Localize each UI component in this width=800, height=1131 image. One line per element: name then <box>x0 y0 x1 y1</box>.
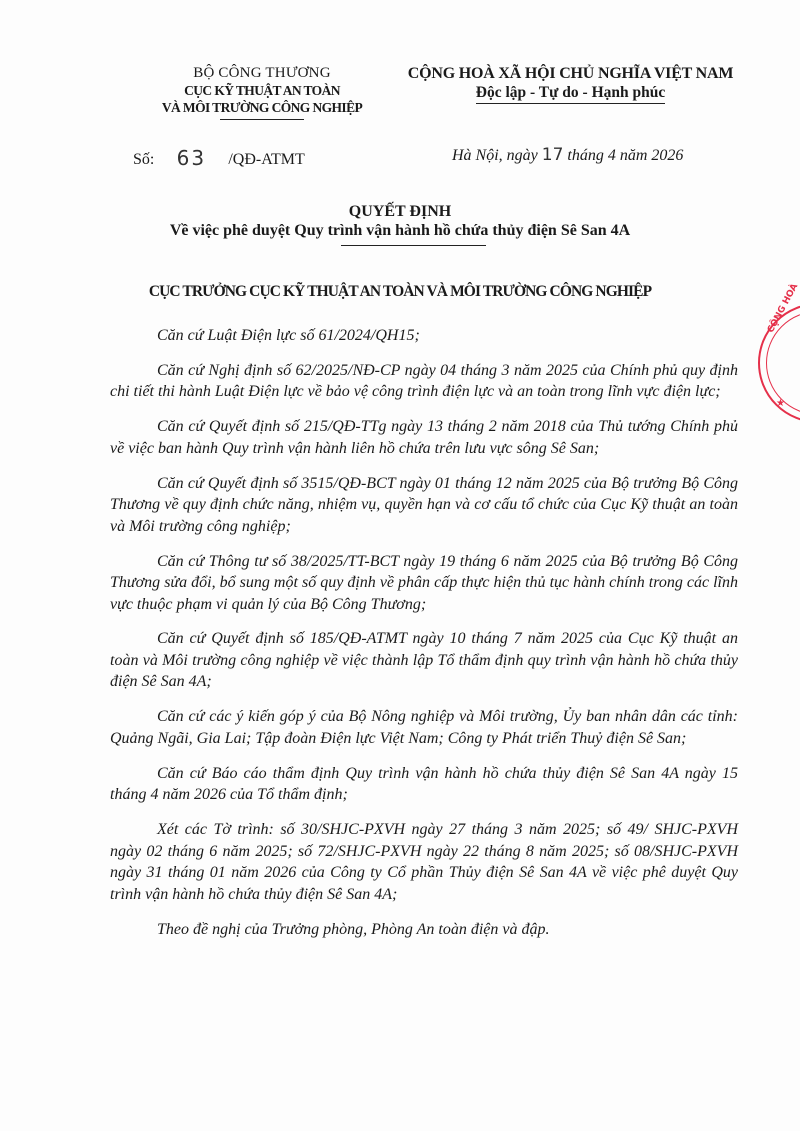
department-name-line2: VÀ MÔI TRƯỜNG CÔNG NGHIỆP <box>112 99 412 116</box>
legal-basis-paragraph: Căn cứ Luật Điện lực số 61/2024/QH15; <box>110 325 738 347</box>
national-motto: Độc lập - Tự do - Hạnh phúc <box>476 83 665 104</box>
issuing-agency-header: BỘ CÔNG THƯƠNG CỤC KỸ THUẬT AN TOÀN VÀ M… <box>112 64 412 120</box>
legal-basis-paragraph: Theo đề nghị của Trưởng phòng, Phòng An … <box>110 919 738 941</box>
date-prefix: Hà Nội, ngày <box>452 147 542 164</box>
document-number-suffix: /QĐ-ATMT <box>228 151 304 169</box>
legal-basis-paragraph: Căn cứ Thông tư số 38/2025/TT-BCT ngày 1… <box>110 551 738 616</box>
legal-basis-section: Căn cứ Luật Điện lực số 61/2024/QH15; Că… <box>110 325 738 953</box>
subtitle-divider <box>341 245 486 246</box>
document-page: BỘ CÔNG THƯƠNG CỤC KỸ THUẬT AN TOÀN VÀ M… <box>0 0 800 1131</box>
issue-date: Hà Nội, ngày 17 tháng 4 năm 2026 <box>452 145 683 165</box>
department-name-line1: CỤC KỸ THUẬT AN TOÀN <box>112 82 412 99</box>
legal-basis-paragraph: Căn cứ Quyết định số 215/QĐ-TTg ngày 13 … <box>110 416 738 459</box>
legal-basis-paragraph: Căn cứ Quyết định số 185/QĐ-ATMT ngày 10… <box>110 628 738 693</box>
document-title: QUYẾT ĐỊNH <box>0 203 800 221</box>
legal-basis-paragraph: Căn cứ Quyết định số 3515/QĐ-BCT ngày 01… <box>110 473 738 538</box>
document-number-label: Số: <box>133 151 154 169</box>
ministry-name: BỘ CÔNG THƯƠNG <box>112 64 412 82</box>
country-name: CỘNG HOÀ XÃ HỘI CHỦ NGHĨA VIỆT NAM <box>383 64 758 83</box>
national-header: CỘNG HOÀ XÃ HỘI CHỦ NGHĨA VIỆT NAM Độc l… <box>383 64 758 104</box>
document-number: Số: 63 /QĐ-ATMT <box>133 145 305 169</box>
date-suffix: tháng 4 năm 2026 <box>563 147 683 164</box>
seal-star-icon: ★ <box>776 398 785 409</box>
issuing-authority: CỤC TRƯỞNG CỤC KỸ THUẬT AN TOÀN VÀ MÔI T… <box>0 283 800 301</box>
legal-basis-paragraph: Căn cứ các ý kiến góp ý của Bộ Nông nghi… <box>110 706 738 749</box>
legal-basis-paragraph: Xét các Tờ trình: số 30/SHJC-PXVH ngày 2… <box>110 819 738 905</box>
header-left-divider <box>220 119 304 120</box>
document-number-handwritten: 63 <box>158 146 224 170</box>
legal-basis-paragraph: Căn cứ Báo cáo thẩm định Quy trình vận h… <box>110 763 738 806</box>
date-day-handwritten: 17 <box>542 145 564 165</box>
document-subtitle: Về việc phê duyệt Quy trình vận hành hồ … <box>0 222 800 240</box>
legal-basis-paragraph: Căn cứ Nghị định số 62/2025/NĐ-CP ngày 0… <box>110 360 738 403</box>
